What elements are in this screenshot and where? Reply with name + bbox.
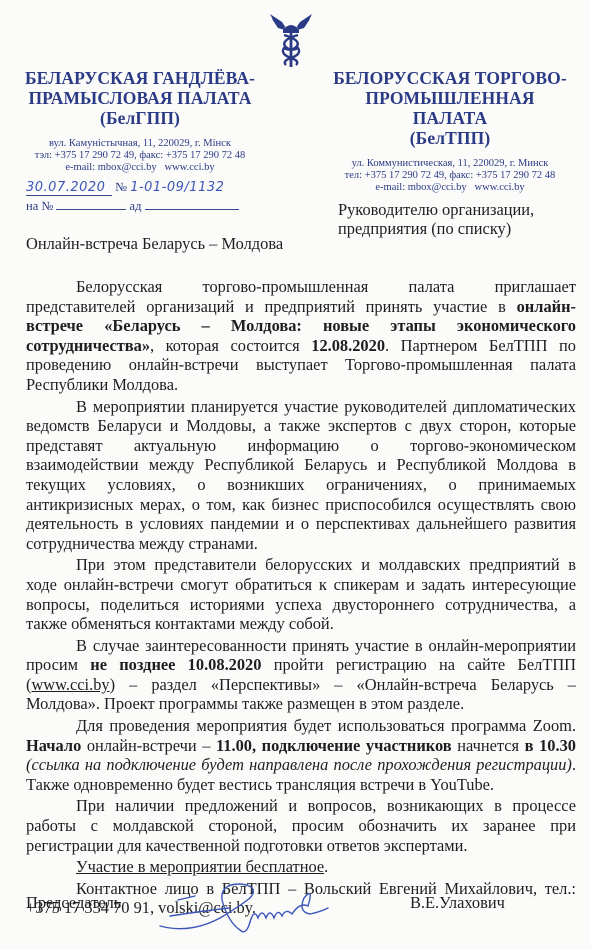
free-participation-note: Участие в мероприятии бесплатное (76, 857, 324, 876)
paragraph-invitation: Белорусская торгово-промышленная палата … (26, 277, 576, 395)
date-handwritten: 30.07.2020 (26, 180, 112, 196)
from-label: ад (130, 199, 142, 213)
paragraph-participants: В мероприятии планируется участие руково… (26, 397, 576, 554)
connect-time: в 10.30 (525, 736, 576, 755)
org-contacts-belarusian: e-mail: mbox@cci.by www.cci.by (20, 162, 260, 174)
reply-to-field (56, 198, 126, 210)
subject-line: Онлайн-встреча Беларусь – Молдова (26, 234, 283, 254)
addressee-line1: Руководителю организации, (338, 200, 578, 219)
link-note: (ссылка на подключение будет направлена … (26, 755, 572, 774)
org-name-belarusian-line1: БЕЛАРУСКАЯ ГАНДЛЁВА- (20, 68, 260, 88)
org-phones-belarusian: тэл: +375 17 290 72 49, факс: +375 17 29… (20, 150, 260, 162)
letterhead-logo (268, 10, 314, 68)
number-label: № (115, 180, 127, 194)
org-name-russian-line1: БЕЛОРУССКАЯ ТОРГОВО- (330, 68, 570, 88)
letterhead-left: БЕЛАРУСКАЯ ГАНДЛЁВА- ПРАМЫСЛОВАЯ ПАЛАТА … (20, 68, 260, 174)
paragraph-zoom-details: Для проведения мероприятия будет использ… (26, 716, 576, 794)
paragraph-registration: В случае заинтересованности принять учас… (26, 636, 576, 714)
reply-to-label: на № (26, 199, 53, 213)
paragraph-networking: При этом представители белорусских и мол… (26, 555, 576, 633)
from-field (145, 198, 239, 210)
letter-body: Белорусская торгово-промышленная палата … (26, 277, 576, 920)
org-name-russian-line2: ПРОМЫШЛЕННАЯ ПАЛАТА (330, 88, 570, 128)
event-date: 12.08.2020 (311, 336, 385, 355)
letterhead-right: БЕЛОРУССКАЯ ТОРГОВО- ПРОМЫШЛЕННАЯ ПАЛАТА… (330, 68, 570, 194)
addressee-line2: предприятия (по списку) (338, 219, 578, 238)
website-link[interactable]: www.cci.by (31, 675, 109, 694)
registration-deadline: не позднее 10.08.2020 (90, 655, 261, 674)
org-abbr-russian: (БелТПП) (330, 128, 570, 148)
signatory-title: Председатель (26, 893, 121, 913)
signatory-name: В.Е.Улахович (410, 893, 505, 913)
org-phones-russian: тел: +375 17 290 72 49, факс: +375 17 29… (330, 170, 570, 182)
start-time: 11.00, подключение участников (216, 736, 452, 755)
org-name-belarusian-line2: ПРАМЫСЛОВАЯ ПАЛАТА (20, 88, 260, 108)
caduceus-icon (268, 10, 314, 68)
org-abbr-belarusian: (БелГПП) (20, 108, 260, 128)
paragraph-free: Участие в мероприятии бесплатное. (26, 857, 576, 877)
reference-block: 30.07.2020 № 1-01-09/1132 на № ад (26, 180, 256, 216)
org-address-belarusian: вул. Камуністычная, 11, 220029, г. Мінск (20, 138, 260, 150)
number-handwritten: 1-01-09/1132 (130, 180, 224, 195)
org-address-russian: ул. Коммунистическая, 11, 220029, г. Мин… (330, 158, 570, 170)
org-contacts-russian: e-mail: mbox@cci.by www.cci.by (330, 182, 570, 194)
paragraph-questions: При наличии предложений и вопросов, возн… (26, 796, 576, 855)
start-label: Начало (26, 736, 81, 755)
handwritten-signature (150, 878, 350, 940)
addressee: Руководителю организации, предприятия (п… (338, 200, 578, 238)
